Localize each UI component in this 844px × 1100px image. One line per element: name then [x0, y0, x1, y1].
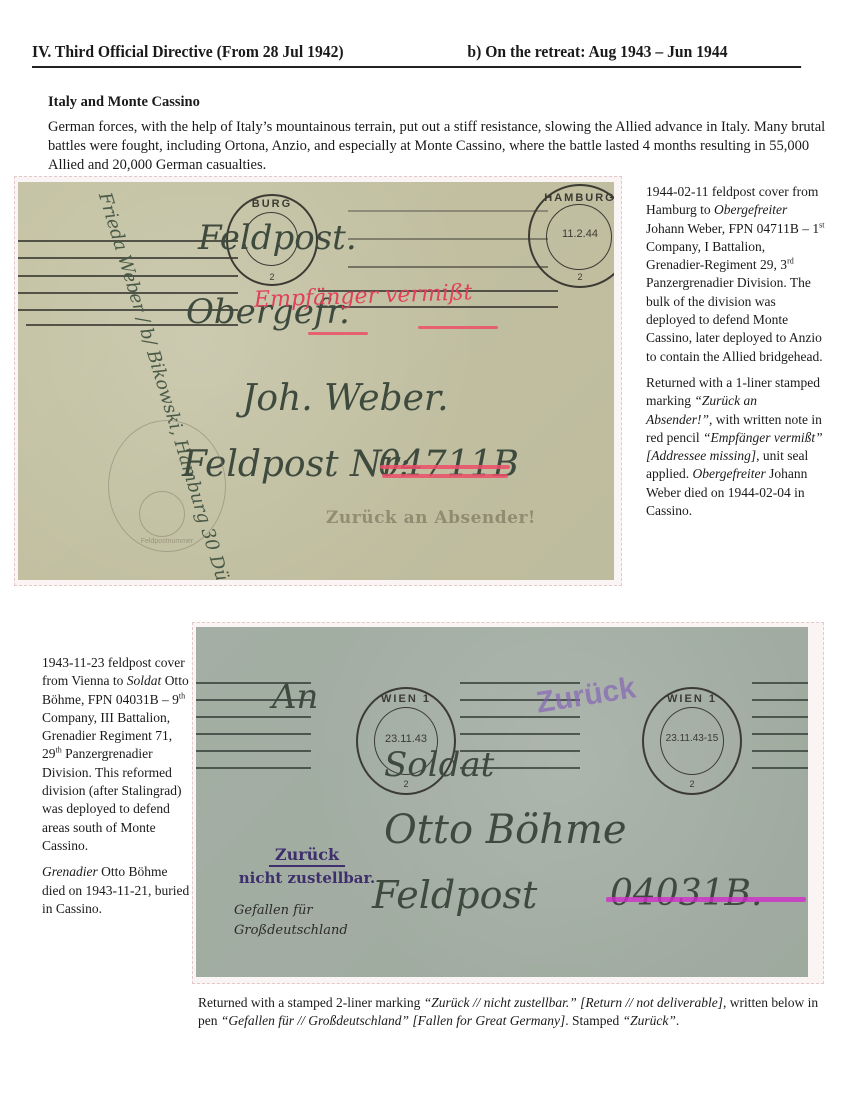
- cancel-line: [752, 733, 808, 735]
- address-fpn-prefix: Feldpost: [372, 873, 537, 917]
- cancel-line: [752, 699, 808, 701]
- seal-label: Feldpostnummer: [109, 538, 225, 545]
- red-underline: [308, 332, 368, 335]
- cover1-return-note: Returned with a 1-liner stamped marking …: [646, 374, 826, 520]
- red-underline: [418, 326, 498, 329]
- cancel-line: [752, 750, 808, 752]
- postmark-town: WIEN 1: [358, 693, 454, 705]
- cancel-line: [460, 733, 580, 735]
- address-an: An: [272, 677, 318, 717]
- cover2-fate: Grenadier Otto Böhme died on 1943-11-21,…: [42, 863, 192, 918]
- postmark-hamburg: HAMBURG 11.2.44 2: [528, 184, 614, 288]
- cancel-line: [348, 266, 548, 268]
- unit-seal: Feldpostnummer: [108, 420, 226, 552]
- address-name: Otto Böhme: [384, 807, 627, 853]
- returned-to-sender-stamp: Zurück an Absender!: [326, 508, 536, 528]
- page-header: IV. Third Official Directive (From 28 Ju…: [32, 40, 801, 68]
- cancel-line: [196, 733, 311, 735]
- address-feldpost: Feldpost.: [198, 218, 357, 258]
- cancel-line: [348, 210, 548, 212]
- stamp-line-nicht-zustellbar: nicht zustellbar.: [232, 869, 382, 887]
- not-deliverable-stamp: Zurück nicht zustellbar.: [232, 845, 382, 887]
- cancel-line: [196, 767, 311, 769]
- cover2-caption: 1943-11-23 feldpost cover from Vienna to…: [42, 654, 192, 926]
- cancel-line: [752, 682, 808, 684]
- address-name: Joh. Weber.: [242, 378, 449, 419]
- postmark-town: HAMBURG: [530, 192, 614, 204]
- address-fpn-number: 04031B.: [610, 873, 762, 914]
- cover2-description: 1943-11-23 feldpost cover from Vienna to…: [42, 654, 192, 855]
- cover2-return-caption: Returned with a stamped 2-liner marking …: [198, 994, 828, 1039]
- cover2-envelope: WIEN 1 23.11.43 2 WIEN 1 23.11.43-15 2 Z…: [196, 627, 808, 977]
- postmark-date: 23.11.43: [358, 733, 454, 745]
- postmark-date: 23.11.43-15: [644, 733, 740, 744]
- section-title: Italy and Monte Cassino: [48, 94, 200, 111]
- pen-line-1: Gefallen für: [234, 901, 348, 921]
- header-directive: IV. Third Official Directive (From 28 Ju…: [32, 42, 344, 62]
- postmark-wien-right: WIEN 1 23.11.43-15 2: [642, 687, 742, 795]
- zurueck-violet-stamp: Zurück: [534, 671, 638, 720]
- magenta-strikethrough: [606, 897, 806, 902]
- pen-line-2: Großdeutschland: [234, 921, 348, 941]
- red-strikethrough: [382, 474, 508, 478]
- address-rank: Soldat: [384, 745, 494, 785]
- cover1-description: 1944-02-11 feldpost cover from Hamburg t…: [646, 183, 826, 366]
- cover1-caption: 1944-02-11 feldpost cover from Hamburg t…: [646, 183, 826, 528]
- pen-note-fallen: Gefallen für Großdeutschland: [234, 901, 348, 941]
- postmark-number: 2: [530, 272, 614, 282]
- header-period: b) On the retreat: Aug 1943 – Jun 1944: [467, 42, 727, 62]
- stamp-line-zurueck: Zurück: [269, 845, 345, 867]
- cancel-line: [752, 767, 808, 769]
- cancel-line: [348, 238, 548, 240]
- intro-paragraph: German forces, with the help of Italy’s …: [48, 118, 828, 175]
- red-strikethrough: [380, 465, 510, 469]
- cancel-line: [752, 716, 808, 718]
- postmark-town: BURG: [228, 198, 316, 210]
- postmark-town: WIEN 1: [644, 693, 740, 705]
- postmark-number: 2: [644, 779, 740, 789]
- cancel-line: [196, 750, 311, 752]
- cover1-envelope: BURG 2 HAMBURG 11.2.44 2 Frieda Weber / …: [18, 182, 614, 580]
- postmark-number: 2: [228, 272, 316, 282]
- postmark-date: 11.2.44: [530, 228, 614, 240]
